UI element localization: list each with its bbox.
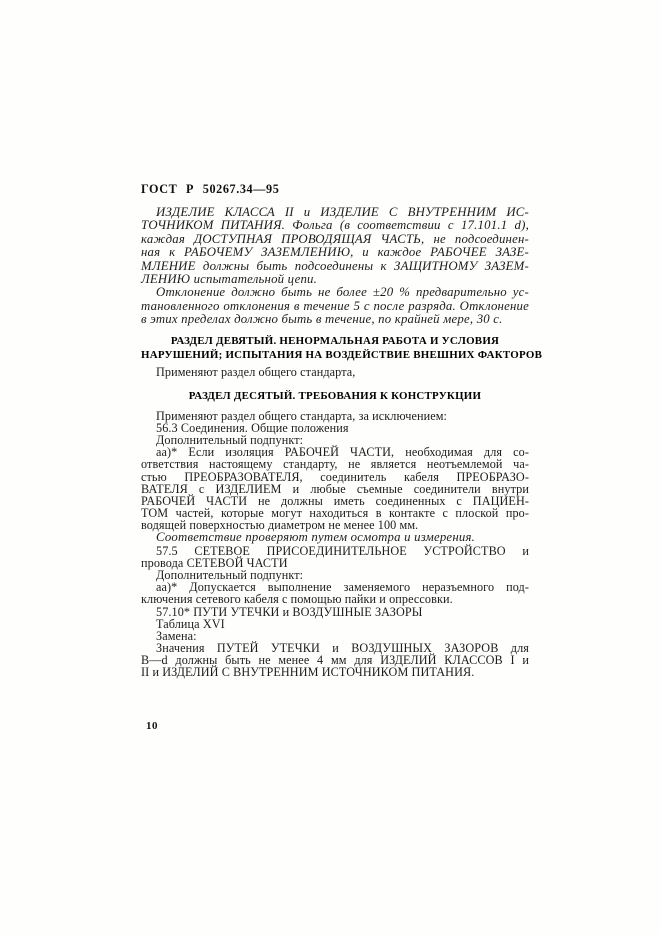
- section-nine-heading: РАЗДЕЛ ДЕВЯТЫЙ. НЕНОРМАЛЬНАЯ РАБОТА И УС…: [141, 334, 529, 362]
- text-line: Соответствие проверяют путем осмотра и и…: [141, 531, 529, 544]
- clause-57-10-line: 57.10* ПУТИ УТЕЧКИ и ВОЗДУШНЫЕ ЗАЗОРЫ: [141, 606, 529, 618]
- text-line: Применяют раздел общего стандарта,: [141, 366, 529, 378]
- text-line: Отклонение должно быть не более ±20 % пр…: [141, 286, 529, 299]
- class2-foil-requirement-paragraph: ИЗДЕЛИЕ КЛАССА II и ИЗДЕЛИЕ С ВНУТРЕННИМ…: [141, 206, 529, 286]
- document-code: ГОСТ Р 50267.34—95: [141, 183, 529, 196]
- page-number: 10: [146, 720, 158, 732]
- text-line: ТОЧНИКОМ ПИТАНИЯ. Фольга (в соответствии…: [141, 219, 529, 232]
- text-line: тановленного отклонения в течение 5 с по…: [141, 300, 529, 313]
- text-line: каждая ДОСТУПНАЯ ПРОВОДЯЩАЯ ЧАСТЬ, не по…: [141, 233, 529, 246]
- text-line: ответствия настоящему стандарту, не явля…: [141, 458, 529, 470]
- leakage-clearance-paragraph: Значения ПУТЕЙ УТЕЧКИ и ВОЗДУШНЫХ ЗАЗОРО…: [141, 642, 529, 678]
- text-line: РАЗДЕЛ ДЕСЯТЫЙ. ТРЕБОВАНИЯ К КОНСТРУКЦИИ: [141, 389, 529, 403]
- text-line: ИЗДЕЛИЕ КЛАССА II и ИЗДЕЛИЕ С ВНУТРЕННИМ…: [141, 206, 529, 219]
- clause-56-3-aa-paragraph: аа)* Если изоляция РАБОЧЕЙ ЧАСТИ, необхо…: [141, 446, 529, 531]
- table-xvi-line: Таблица XVI: [141, 618, 529, 630]
- text-line: НАРУШЕНИЙ; ИСПЫТАНИЯ НА ВОЗДЕЙСТВИЕ ВНЕШ…: [141, 348, 529, 362]
- text-line: ЛЕНИЮ испытательной цепи.: [141, 273, 529, 286]
- text-line: ная к РАБОЧЕМУ ЗАЗЕМЛЕНИЮ, и каждое РАБО…: [141, 246, 529, 259]
- text-line: Таблица XVI: [141, 618, 529, 630]
- clause-57-5-paragraph: 57.5 СЕТЕВОЕ ПРИСОЕДИНИТЕЛЬНОЕ УСТРОЙСТВ…: [141, 545, 529, 569]
- text-line: II и ИЗДЕЛИЙ С ВНУТРЕННИМ ИСТОЧНИКОМ ПИТ…: [141, 666, 529, 678]
- compliance-check-line: Соответствие проверяют путем осмотра и и…: [141, 531, 529, 544]
- text-line: стью ПРЕОБРАЗОВАТЕЛЯ, соединитель кабеля…: [141, 471, 529, 483]
- text-line: ключения сетевого кабеля с помощью пайки…: [141, 593, 529, 605]
- section-nine-body: Применяют раздел общего стандарта,: [141, 366, 529, 378]
- text-line: в этих пределах должно быть в течение, п…: [141, 313, 529, 326]
- section-ten-heading: РАЗДЕЛ ДЕСЯТЫЙ. ТРЕБОВАНИЯ К КОНСТРУКЦИИ: [141, 389, 529, 403]
- deviation-tolerance-paragraph: Отклонение должно быть не более ±20 % пр…: [141, 286, 529, 326]
- text-column: ГОСТ Р 50267.34—95 ИЗДЕЛИЕ КЛАССА II и И…: [141, 183, 529, 679]
- clause-57-5-aa-paragraph: аа)* Допускается выполнение заменяемого …: [141, 581, 529, 605]
- text-line: МЛЕНИЕ должны быть подсоединены к ЗАЩИТН…: [141, 260, 529, 273]
- text-line: 57.10* ПУТИ УТЕЧКИ и ВОЗДУШНЫЕ ЗАЗОРЫ: [141, 606, 529, 618]
- text-line: РАЗДЕЛ ДЕВЯТЫЙ. НЕНОРМАЛЬНАЯ РАБОТА И УС…: [141, 334, 529, 348]
- document-page: ГОСТ Р 50267.34—95 ИЗДЕЛИЕ КЛАССА II и И…: [0, 0, 661, 935]
